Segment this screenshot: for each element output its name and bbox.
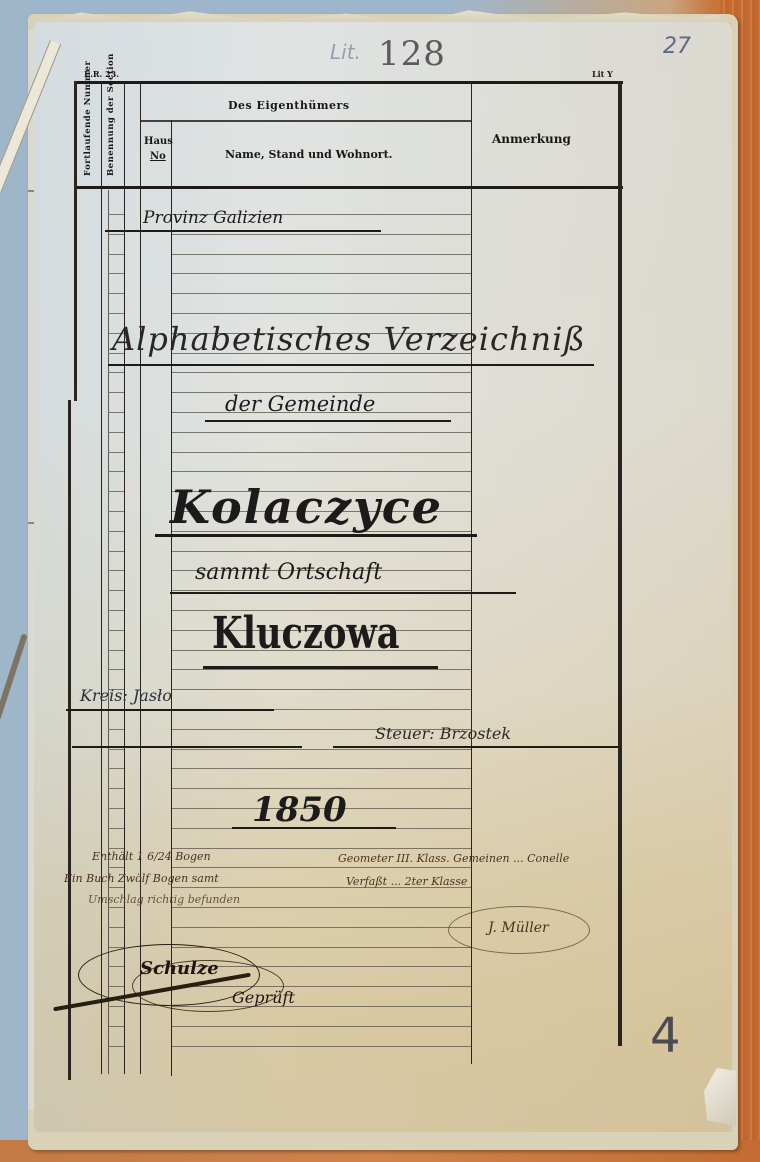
ruled-line — [172, 372, 471, 373]
signature-left: Schulze — [140, 958, 219, 979]
section-ruled-line — [108, 511, 124, 512]
section-ruled-line — [108, 887, 124, 888]
ruled-line — [172, 293, 471, 294]
municipality-underline — [155, 534, 477, 537]
stamp-number: 128 — [378, 34, 446, 74]
note-left-line3: Umschlag richtig befunden — [88, 893, 240, 906]
year-label: 1850 — [252, 790, 347, 830]
tax-district-label: Steuer: Brzostek — [375, 724, 511, 743]
section-ruled-line — [108, 471, 124, 472]
note-left-line1: Enthält 1 6/24 Bogen — [92, 850, 211, 863]
section-ruled-line — [108, 927, 124, 928]
section-ruled-line — [108, 749, 124, 750]
section-ruled-line — [108, 452, 124, 453]
section-ruled-line — [108, 214, 124, 215]
column-divider — [101, 84, 102, 1074]
note-left-line2: Ein Buch Zwölf Bogen samt — [64, 872, 219, 885]
section-ruled-line — [108, 1046, 124, 1047]
section-ruled-line — [108, 768, 124, 769]
section-ruled-line — [108, 788, 124, 789]
ruled-line — [172, 848, 471, 849]
header-fortlaufende-nummer: Fortlaufende Nummer — [84, 96, 96, 176]
ruled-line — [172, 1026, 471, 1027]
subheading-underline — [205, 420, 451, 422]
table-left-border-lower — [68, 400, 71, 1080]
section-ruled-line — [108, 254, 124, 255]
signature-left-2: Geprüft — [232, 988, 295, 1007]
header-haus: Haus — [144, 136, 173, 147]
signature-right: J. Müller — [488, 920, 549, 936]
year-underline — [232, 827, 396, 829]
with-settlement-label: sammt Ortschaft — [195, 560, 382, 585]
section-ruled-line — [108, 650, 124, 651]
section-ruled-line — [108, 848, 124, 849]
note-right-line2: Verfaßt ... 2ter Klasse — [346, 875, 467, 888]
ruled-line — [172, 768, 471, 769]
header-bottom-border — [75, 186, 623, 189]
section-ruled-line — [108, 293, 124, 294]
ruled-line — [172, 234, 471, 235]
section-ruled-line — [108, 313, 124, 314]
subheading-der-gemeinde: der Gemeinde — [225, 392, 375, 416]
section-ruled-line — [108, 531, 124, 532]
province-label: Provinz Galizien — [143, 208, 283, 228]
group-header-divider — [141, 120, 471, 122]
section-ruled-line — [108, 828, 124, 829]
column-divider — [140, 84, 141, 1074]
header-anmerkung: Anmerkung — [492, 132, 571, 146]
ruled-line — [172, 313, 471, 314]
section-ruled-line — [108, 491, 124, 492]
section-ruled-line — [108, 412, 124, 413]
heading-underline — [108, 364, 594, 366]
section-ruled-line — [108, 808, 124, 809]
section-ruled-line — [108, 234, 124, 235]
column-divider — [108, 190, 109, 1074]
ruled-line — [172, 452, 471, 453]
header-benennung-section: Benennung der Section — [107, 96, 119, 176]
section-ruled-line — [108, 590, 124, 591]
ruled-line — [172, 432, 471, 433]
section-ruled-line — [108, 610, 124, 611]
header-name-stand-wohnort: Name, Stand und Wohnort. — [225, 148, 393, 161]
district-divider — [66, 709, 274, 711]
tax-district-underline-right — [333, 746, 620, 748]
column-divider — [171, 120, 172, 1076]
section-ruled-line — [108, 630, 124, 631]
table-left-border — [74, 81, 77, 401]
heading-alphabetisches-verzeichniss: Alphabetisches Verzeichniß — [112, 320, 586, 358]
section-ruled-line — [108, 392, 124, 393]
ruled-line — [172, 788, 471, 789]
settlement-underline — [203, 666, 438, 669]
section-ruled-line — [108, 669, 124, 670]
ruled-line — [172, 927, 471, 928]
ruled-line — [172, 254, 471, 255]
district-label: Kreis: Jasło — [80, 686, 172, 705]
section-ruled-line — [108, 273, 124, 274]
with-settlement-underline — [170, 592, 516, 594]
ruled-line — [172, 590, 471, 591]
note-right-line1: Geometer III. Klass. Gemeinen ... Conell… — [338, 852, 569, 865]
section-ruled-line — [108, 1026, 124, 1027]
settlement-name: Kluczowa — [212, 608, 400, 659]
section-ruled-line — [108, 551, 124, 552]
section-ruled-line — [108, 570, 124, 571]
ruled-line — [172, 669, 471, 670]
province-underline — [105, 230, 381, 232]
column-divider — [124, 84, 125, 1074]
table-right-border — [618, 81, 622, 1046]
section-ruled-line — [108, 729, 124, 730]
section-ruled-line — [108, 432, 124, 433]
section-ruled-line — [108, 867, 124, 868]
pencil-bottom-number: 4 — [650, 1008, 681, 1064]
binding-tie — [0, 633, 28, 720]
ruled-line — [172, 471, 471, 472]
section-ruled-line — [108, 372, 124, 373]
header-haus-no: No — [150, 151, 166, 162]
ruled-line — [172, 749, 471, 750]
table-top-border — [75, 81, 623, 84]
header-des-eigenthumers: Des Eigenthümers — [228, 99, 350, 112]
ruled-line — [172, 273, 471, 274]
tax-district-underline-left — [72, 746, 302, 748]
pencil-prefix: Lit. — [330, 40, 361, 64]
ruled-line — [172, 689, 471, 690]
ruled-line — [172, 1046, 471, 1047]
municipality-name: Kolaczyce — [170, 480, 443, 534]
form-code-right: Lit Y — [592, 69, 613, 79]
pencil-folio-number: 27 — [663, 34, 691, 59]
section-ruled-line — [108, 907, 124, 908]
ruled-line — [172, 907, 471, 908]
section-ruled-line — [108, 1006, 124, 1007]
ruled-line — [172, 867, 471, 868]
ruled-line — [172, 551, 471, 552]
